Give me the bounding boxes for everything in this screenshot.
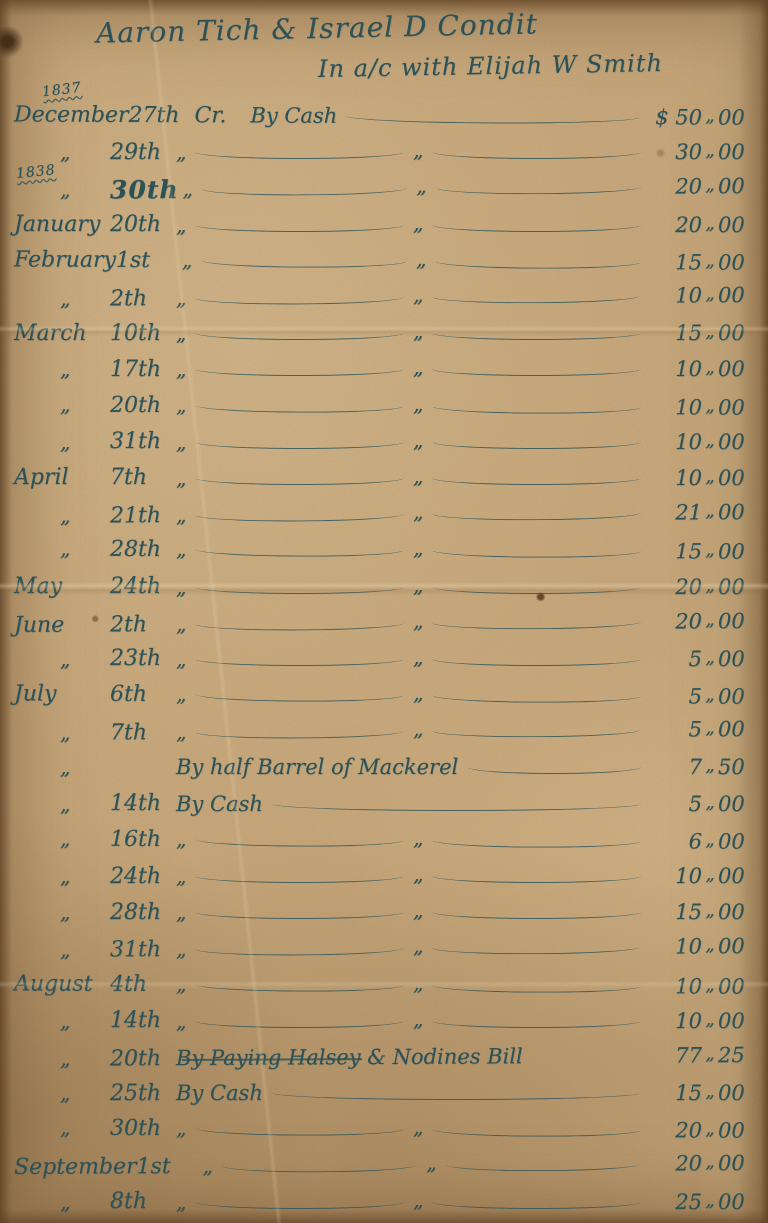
entry-description: „ bbox=[176, 321, 186, 345]
entry-amount: 25 „ 00 bbox=[650, 1190, 752, 1214]
amount-separator: „ bbox=[702, 250, 718, 271]
ditto-mark: „ bbox=[413, 898, 423, 922]
entry-day: 17th bbox=[110, 357, 172, 382]
ruled-dash-line bbox=[195, 1201, 404, 1209]
amount-dollars: 5 bbox=[650, 647, 702, 671]
entry-day: 27th bbox=[128, 102, 190, 127]
ruled-dash-line bbox=[195, 911, 404, 919]
ruled-dash-line bbox=[432, 550, 641, 559]
ditto-mark: „ bbox=[413, 681, 423, 705]
ditto-mark: „ bbox=[413, 934, 424, 958]
entry-day: 2th bbox=[110, 611, 172, 636]
entry-month: March bbox=[14, 321, 110, 346]
amount-separator: „ bbox=[702, 395, 718, 416]
ruled-dash-line bbox=[432, 512, 641, 521]
entry-description: „ bbox=[176, 720, 187, 744]
amount-separator: „ bbox=[702, 430, 718, 451]
amount-cents: 00 bbox=[718, 395, 752, 419]
amount-separator: „ bbox=[702, 684, 718, 705]
ruled-dash-line bbox=[432, 1020, 641, 1028]
ruled-dash-line bbox=[432, 729, 641, 738]
amount-separator: „ bbox=[702, 1119, 718, 1140]
entry-month: „ bbox=[14, 430, 110, 454]
entry-day: 2th bbox=[110, 286, 172, 311]
amount-cents: 00 bbox=[718, 540, 752, 564]
entry-amount: 6 „ 00 bbox=[650, 829, 752, 853]
entry-day: 6th bbox=[110, 681, 172, 706]
entry-month: „ bbox=[14, 140, 110, 164]
entry-month: December bbox=[14, 102, 129, 127]
ruled-dash-line bbox=[432, 694, 641, 703]
entry-month: January bbox=[14, 212, 110, 237]
amount-separator: „ bbox=[702, 974, 718, 995]
ditto-mark: „ bbox=[413, 536, 423, 560]
entry-day: 24th bbox=[110, 864, 172, 889]
entry-day: 29th bbox=[110, 140, 172, 165]
entry-day: 4th bbox=[110, 971, 172, 996]
entry-day: 30th bbox=[110, 1116, 172, 1141]
amount-cents: 00 bbox=[718, 575, 752, 599]
ruled-dash-line bbox=[432, 911, 641, 919]
amount-separator: „ bbox=[702, 466, 718, 487]
entry-amount: 21 „ 00 bbox=[650, 500, 752, 525]
amount-dollars: 25 bbox=[650, 1190, 702, 1214]
ledger-row: „ 14th By Cash „ 5 „ 00 bbox=[0, 786, 768, 822]
amount-cents: 00 bbox=[718, 792, 752, 816]
entry-day: 21th bbox=[110, 503, 172, 528]
amount-dollars: 21 bbox=[650, 500, 702, 524]
amount-cents: 00 bbox=[718, 934, 752, 958]
amount-separator: „ bbox=[702, 105, 718, 126]
ruled-dash-line bbox=[195, 368, 404, 376]
ruled-dash-line bbox=[432, 332, 641, 340]
amount-cents: 00 bbox=[718, 1081, 752, 1105]
entry-amount: 5 „ 00 bbox=[650, 647, 752, 671]
entry-day: 1st bbox=[116, 247, 178, 272]
ledger-row: „ 7th „ „ 5 „ 00 bbox=[0, 711, 768, 751]
amount-separator: „ bbox=[702, 1152, 718, 1173]
entry-month: „ bbox=[14, 357, 110, 381]
ruled-dash-line bbox=[435, 260, 641, 269]
ditto-mark: „ bbox=[413, 573, 423, 597]
ledger-row: September 1st „ „ 20 „ 00 bbox=[0, 1145, 768, 1185]
amount-cents: 00 bbox=[718, 466, 752, 490]
ledger-row: July 6th „ „ 5 „ 00 bbox=[0, 675, 768, 715]
entry-description: „ bbox=[176, 647, 186, 671]
entry-description: „ bbox=[176, 575, 186, 599]
ledger-rows: December 27th Cr. By Cash „ $ 50 „ 00 „ … bbox=[0, 98, 768, 1220]
entry-amount: 10 „ 00 bbox=[650, 395, 752, 419]
ledger-row: „ By half Barrel of Mackerel „ 7 „ 50 bbox=[0, 749, 768, 785]
entry-amount: 20 „ 00 bbox=[650, 609, 752, 634]
ditto-mark: „ bbox=[413, 319, 423, 343]
amount-dollars: 15 bbox=[650, 250, 702, 274]
ruled-dash-line bbox=[195, 332, 404, 340]
entry-day: 28th bbox=[110, 537, 172, 562]
ledger-row: February 1st „ „ 15 „ 00 bbox=[0, 241, 768, 281]
ledger-row: April 7th „ „ 10 „ 00 bbox=[0, 460, 768, 496]
entry-description: „ bbox=[176, 213, 186, 237]
ruled-dash-line bbox=[436, 186, 641, 195]
entry-description: „ bbox=[176, 430, 186, 454]
ruled-dash-line bbox=[195, 404, 404, 413]
entry-amount: 20 „ 00 bbox=[650, 213, 752, 237]
amount-separator: „ bbox=[702, 792, 718, 813]
amount-dollars: 10 bbox=[650, 395, 702, 419]
amount-dollars: 7 bbox=[650, 755, 702, 779]
entry-month: May bbox=[14, 574, 110, 599]
amount-separator: „ bbox=[702, 283, 718, 304]
ditto-mark: „ bbox=[413, 1115, 423, 1139]
amount-dollars: 20 bbox=[650, 175, 702, 199]
ledger-row: „ 31th „ „ 10 „ 00 bbox=[0, 424, 768, 460]
ruled-dash-line bbox=[432, 586, 641, 594]
ruled-dash-line bbox=[467, 766, 641, 774]
ruled-dash-line bbox=[432, 946, 641, 955]
amount-dollars: $ 50 bbox=[650, 105, 702, 129]
amount-cents: 00 bbox=[718, 357, 752, 381]
amount-dollars: 15 bbox=[650, 321, 702, 345]
ditto-mark: „ bbox=[413, 283, 424, 307]
ledger-row: „ 8th „ „ 25 „ 00 bbox=[0, 1184, 768, 1220]
entry-month: August bbox=[14, 970, 110, 995]
ruled-dash-line bbox=[195, 875, 404, 883]
entry-description: „ bbox=[176, 1009, 186, 1033]
ruled-dash-line bbox=[432, 658, 641, 666]
account-subtitle: In a/c with Elijah W Smith bbox=[318, 49, 663, 83]
ditto-mark: „ bbox=[413, 464, 423, 488]
entry-description: „ bbox=[176, 140, 186, 164]
entry-month: „ bbox=[14, 1081, 110, 1105]
entry-month: February bbox=[14, 247, 116, 272]
entry-description: „ bbox=[176, 682, 186, 706]
entry-month: „ bbox=[14, 755, 110, 779]
amount-cents: 00 bbox=[718, 213, 752, 237]
ledger-row: August 4th „ „ 10 „ 00 bbox=[0, 965, 768, 1005]
entry-amount: 20 „ 00 bbox=[650, 1119, 752, 1143]
ditto-mark: „ bbox=[416, 247, 426, 271]
amount-dollars: 20 bbox=[650, 213, 702, 237]
amount-separator: „ bbox=[702, 213, 718, 234]
entry-day: 23th bbox=[110, 646, 172, 671]
ruled-dash-line bbox=[195, 296, 404, 305]
ruled-dash-line bbox=[432, 1129, 641, 1138]
ledger-row: „ 14th „ „ 10 „ 00 bbox=[0, 1003, 768, 1039]
amount-dollars: 10 bbox=[650, 283, 702, 307]
amount-separator: „ bbox=[702, 540, 718, 561]
entry-amount: 10 „ 00 bbox=[650, 934, 752, 959]
ditto-mark: „ bbox=[413, 826, 423, 850]
ruled-dash-line bbox=[432, 368, 641, 376]
amount-separator: „ bbox=[702, 900, 718, 921]
ledger-row: „ 16th „ „ 6 „ 00 bbox=[0, 820, 768, 860]
ledger-row: „ 28th „ „ 15 „ 00 bbox=[0, 894, 768, 930]
entry-month: „ bbox=[14, 721, 110, 746]
entry-description: By Cash bbox=[176, 1081, 263, 1105]
entry-month: June bbox=[14, 612, 110, 638]
entry-amount: 5 „ 00 bbox=[650, 717, 752, 742]
amount-dollars: 5 bbox=[650, 718, 702, 742]
ruled-dash-line bbox=[432, 441, 641, 449]
entry-description: „ bbox=[176, 937, 187, 961]
ruled-dash-line bbox=[201, 259, 407, 268]
entry-day: 25th bbox=[110, 1081, 172, 1106]
amount-cents: 00 bbox=[718, 500, 752, 524]
entry-day: 14th bbox=[110, 1008, 172, 1033]
spacer bbox=[523, 1056, 650, 1057]
entry-month: „ bbox=[14, 1009, 110, 1033]
ledger-row: „ 2th „ „ 10 „ 00 bbox=[0, 277, 768, 317]
entry-amount: 10 „ 00 bbox=[650, 283, 752, 308]
ditto-mark: „ bbox=[413, 355, 423, 379]
amount-separator: „ bbox=[702, 1190, 718, 1211]
amount-separator: „ bbox=[702, 755, 718, 776]
entry-amount: 10 „ 00 bbox=[650, 864, 752, 888]
entry-amount: 20 „ 00 bbox=[650, 175, 752, 200]
entry-month: April bbox=[14, 465, 110, 490]
ruled-dash-line bbox=[432, 984, 641, 993]
ruled-dash-line bbox=[195, 947, 404, 956]
ledger-page: Aaron Tich & Israel D Condit In a/c with… bbox=[0, 0, 768, 1223]
ruled-dash-line bbox=[432, 875, 641, 883]
ditto-mark: „ bbox=[413, 428, 423, 452]
entry-day: 24th bbox=[110, 574, 172, 599]
ruled-dash-line bbox=[346, 115, 641, 124]
ruled-dash-line bbox=[195, 693, 404, 702]
ruled-dash-line bbox=[432, 1201, 641, 1209]
amount-dollars: 10 bbox=[650, 466, 702, 490]
ledger-row: „ 30th „ „ 20 „ 00 bbox=[0, 1110, 768, 1150]
amount-separator: „ bbox=[702, 829, 718, 850]
entry-day: 16th bbox=[110, 826, 172, 851]
entry-day: 1st bbox=[136, 1154, 198, 1179]
amount-separator: „ bbox=[702, 575, 718, 596]
entry-amount: 15 „ 00 bbox=[650, 250, 752, 274]
entry-month: „ bbox=[14, 900, 110, 924]
amount-cents: 00 bbox=[718, 106, 752, 130]
entry-description: „ bbox=[176, 864, 186, 888]
ruled-dash-line bbox=[195, 151, 404, 159]
entry-description: „ bbox=[176, 1190, 186, 1214]
entry-month: „ bbox=[14, 1190, 110, 1214]
ruled-dash-line bbox=[195, 730, 404, 739]
ledger-row: „ 25th By Cash „ 15 „ 00 bbox=[0, 1075, 768, 1111]
ledger-row: December 27th Cr. By Cash „ $ 50 „ 00 bbox=[0, 96, 768, 136]
entry-description: „ bbox=[176, 503, 187, 527]
entry-day: 20th bbox=[110, 1046, 172, 1071]
amount-separator: „ bbox=[702, 500, 718, 521]
entry-month: „ bbox=[14, 647, 110, 671]
ditto-mark: „ bbox=[413, 500, 424, 524]
entry-month: „ bbox=[14, 826, 110, 850]
entry-day: 31th bbox=[110, 429, 172, 454]
entry-description: By Cash bbox=[176, 792, 263, 816]
amount-cents: 00 bbox=[718, 717, 752, 741]
amount-separator: „ bbox=[702, 647, 718, 668]
amount-cents: 00 bbox=[718, 685, 752, 709]
entry-amount: 7 „ 50 bbox=[650, 755, 752, 779]
ditto-mark: „ bbox=[413, 138, 423, 162]
amount-cents: 00 bbox=[718, 1152, 752, 1176]
ruled-dash-line bbox=[195, 658, 404, 666]
entry-amount: 20 „ 00 bbox=[650, 1152, 752, 1177]
amount-cents: 00 bbox=[718, 140, 752, 164]
ledger-row: „ 24th „ „ 10 „ 00 bbox=[0, 858, 768, 894]
amount-separator: „ bbox=[702, 175, 718, 196]
entry-day: 8th bbox=[110, 1189, 172, 1214]
amount-dollars: 5 bbox=[650, 684, 702, 708]
entry-amount: 10 „ 00 bbox=[650, 357, 752, 381]
ledger-row: May 24th „ „ 20 „ 00 bbox=[0, 568, 768, 604]
entry-description: „ bbox=[176, 1116, 186, 1140]
ruled-dash-line bbox=[195, 513, 404, 522]
entry-amount: 77 „ 25 bbox=[650, 1043, 752, 1068]
amount-dollars: 20 bbox=[650, 1119, 702, 1143]
entry-day: 20th bbox=[110, 212, 172, 237]
entry-amount: $ 50 „ 00 bbox=[650, 105, 752, 129]
ditto-mark: „ bbox=[416, 174, 427, 198]
amount-dollars: 10 bbox=[650, 864, 702, 888]
entry-month: „ bbox=[14, 1116, 110, 1140]
amount-dollars: 10 bbox=[650, 430, 702, 454]
ruled-dash-line bbox=[432, 620, 641, 629]
entry-amount: 15 „ 00 bbox=[650, 321, 752, 345]
ruled-dash-line bbox=[446, 1163, 641, 1172]
amount-dollars: 20 bbox=[650, 609, 702, 633]
amount-cents: 00 bbox=[718, 175, 752, 199]
ledger-row: „ 31th „ „ 10 „ 00 bbox=[0, 928, 768, 968]
entry-description: „ bbox=[176, 612, 187, 636]
ditto-mark: „ bbox=[413, 971, 423, 995]
ruled-dash-line bbox=[195, 622, 404, 631]
entry-day: 7th bbox=[110, 720, 172, 745]
ditto-mark: „ bbox=[413, 862, 423, 886]
ditto-mark: „ bbox=[413, 717, 424, 741]
amount-cents: 00 bbox=[718, 321, 752, 345]
entry-amount: 15 „ 00 bbox=[650, 900, 752, 924]
amount-dollars: 6 bbox=[650, 829, 702, 853]
ruled-dash-line bbox=[202, 187, 407, 196]
entry-amount: 10 „ 00 bbox=[650, 1009, 752, 1033]
amount-cents: 50 bbox=[718, 755, 752, 779]
ledger-row: „ 30th „ „ 20 „ 00 bbox=[0, 168, 768, 208]
ruled-dash-line bbox=[432, 405, 641, 414]
ruled-dash-line bbox=[195, 1128, 404, 1137]
ruled-dash-line bbox=[195, 441, 404, 449]
ruled-dash-line bbox=[272, 803, 641, 811]
ditto-mark: „ bbox=[413, 392, 423, 416]
ledger-row: „ 17th „ „ 10 „ 00 bbox=[0, 351, 768, 387]
amount-separator: „ bbox=[702, 321, 718, 342]
amount-separator: „ bbox=[702, 609, 718, 630]
amount-cents: 00 bbox=[718, 864, 752, 888]
entry-description: „ bbox=[182, 177, 193, 201]
ledger-row: March 10th „ „ 15 „ 00 bbox=[0, 315, 768, 351]
entry-amount: 15 „ 00 bbox=[650, 1081, 752, 1105]
ledger-row: January 20th „ „ 20 „ 00 bbox=[0, 207, 768, 243]
ledger-row: „ 21th „ „ 21 „ 00 bbox=[0, 494, 768, 534]
amount-separator: „ bbox=[702, 1081, 718, 1102]
amount-cents: 00 bbox=[718, 283, 752, 307]
entry-month: „ bbox=[14, 864, 110, 888]
entry-credit-label: Cr. bbox=[194, 103, 226, 128]
ledger-row: „ 23th „ „ 5 „ 00 bbox=[0, 641, 768, 677]
ditto-mark: „ bbox=[413, 645, 423, 669]
amount-cents: 00 bbox=[718, 900, 752, 924]
amount-separator: „ bbox=[702, 864, 718, 885]
entry-description: By half Barrel of Mackerel bbox=[176, 755, 458, 779]
entry-month: „ bbox=[14, 392, 110, 416]
amount-dollars: 10 bbox=[650, 1009, 702, 1033]
entry-month: „ bbox=[14, 286, 110, 311]
entry-amount: 10 „ 00 bbox=[650, 466, 752, 490]
ditto-mark: „ bbox=[413, 609, 424, 633]
ruled-dash-line bbox=[195, 224, 404, 232]
amount-cents: 00 bbox=[718, 829, 752, 853]
amount-separator: „ bbox=[702, 935, 718, 956]
amount-dollars: 10 bbox=[650, 974, 702, 998]
entry-month: „ bbox=[14, 792, 110, 816]
ruled-dash-line bbox=[195, 549, 404, 558]
ledger-row: „ 20th By Paying Halsey & Nodines Bill „… bbox=[0, 1037, 768, 1077]
entry-month: July bbox=[14, 681, 110, 706]
amount-separator: „ bbox=[702, 1009, 718, 1030]
ruled-dash-line bbox=[432, 839, 641, 848]
ruled-dash-line bbox=[432, 477, 641, 485]
entry-month: „ bbox=[14, 504, 110, 529]
amount-dollars: 10 bbox=[650, 935, 702, 959]
entry-description: „ bbox=[176, 357, 186, 381]
amount-dollars: 15 bbox=[650, 900, 702, 924]
amount-cents: 25 bbox=[718, 1043, 752, 1067]
ledger-row: June 2th „ „ 20 „ 00 bbox=[0, 603, 768, 643]
entry-description: „ bbox=[176, 972, 186, 996]
amount-dollars: 30 bbox=[650, 140, 702, 164]
ditto-mark: „ bbox=[426, 1151, 437, 1175]
ditto-mark: „ bbox=[413, 211, 423, 235]
entry-description: „ bbox=[176, 900, 186, 924]
entry-month: „ bbox=[14, 938, 110, 963]
entry-day: 10th bbox=[110, 321, 172, 346]
ditto-mark: „ bbox=[413, 1188, 423, 1212]
entry-description: „ bbox=[176, 466, 186, 490]
amount-cents: 00 bbox=[718, 1009, 752, 1033]
entry-description: „ bbox=[202, 1154, 213, 1178]
entry-description: „ bbox=[176, 286, 187, 310]
amount-cents: 00 bbox=[718, 974, 752, 998]
entry-day: 28th bbox=[110, 900, 172, 925]
entry-day: 30th bbox=[110, 175, 179, 204]
ledger-row: „ 28th „ „ 15 „ 00 bbox=[0, 531, 768, 571]
entry-amount: 5 „ 00 bbox=[650, 684, 752, 708]
ledger-row: „ 29th „ „ 30 „ 00 bbox=[0, 134, 768, 170]
amount-cents: 00 bbox=[718, 609, 752, 633]
ruled-dash-line bbox=[195, 477, 404, 485]
entry-amount: 15 „ 00 bbox=[650, 540, 752, 564]
ruled-dash-line bbox=[195, 983, 404, 992]
entry-description: „ bbox=[182, 248, 192, 272]
ruled-dash-line bbox=[432, 295, 641, 304]
entry-month: „ bbox=[14, 1046, 110, 1071]
amount-dollars: 20 bbox=[650, 1152, 702, 1176]
ruled-dash-line bbox=[195, 586, 404, 594]
entry-month: „ bbox=[14, 178, 110, 203]
entry-amount: 30 „ 00 bbox=[650, 140, 752, 164]
entry-day: 20th bbox=[110, 392, 172, 417]
ruled-dash-line bbox=[432, 224, 641, 232]
ditto-mark: „ bbox=[413, 1007, 423, 1031]
entry-month: „ bbox=[14, 537, 110, 561]
